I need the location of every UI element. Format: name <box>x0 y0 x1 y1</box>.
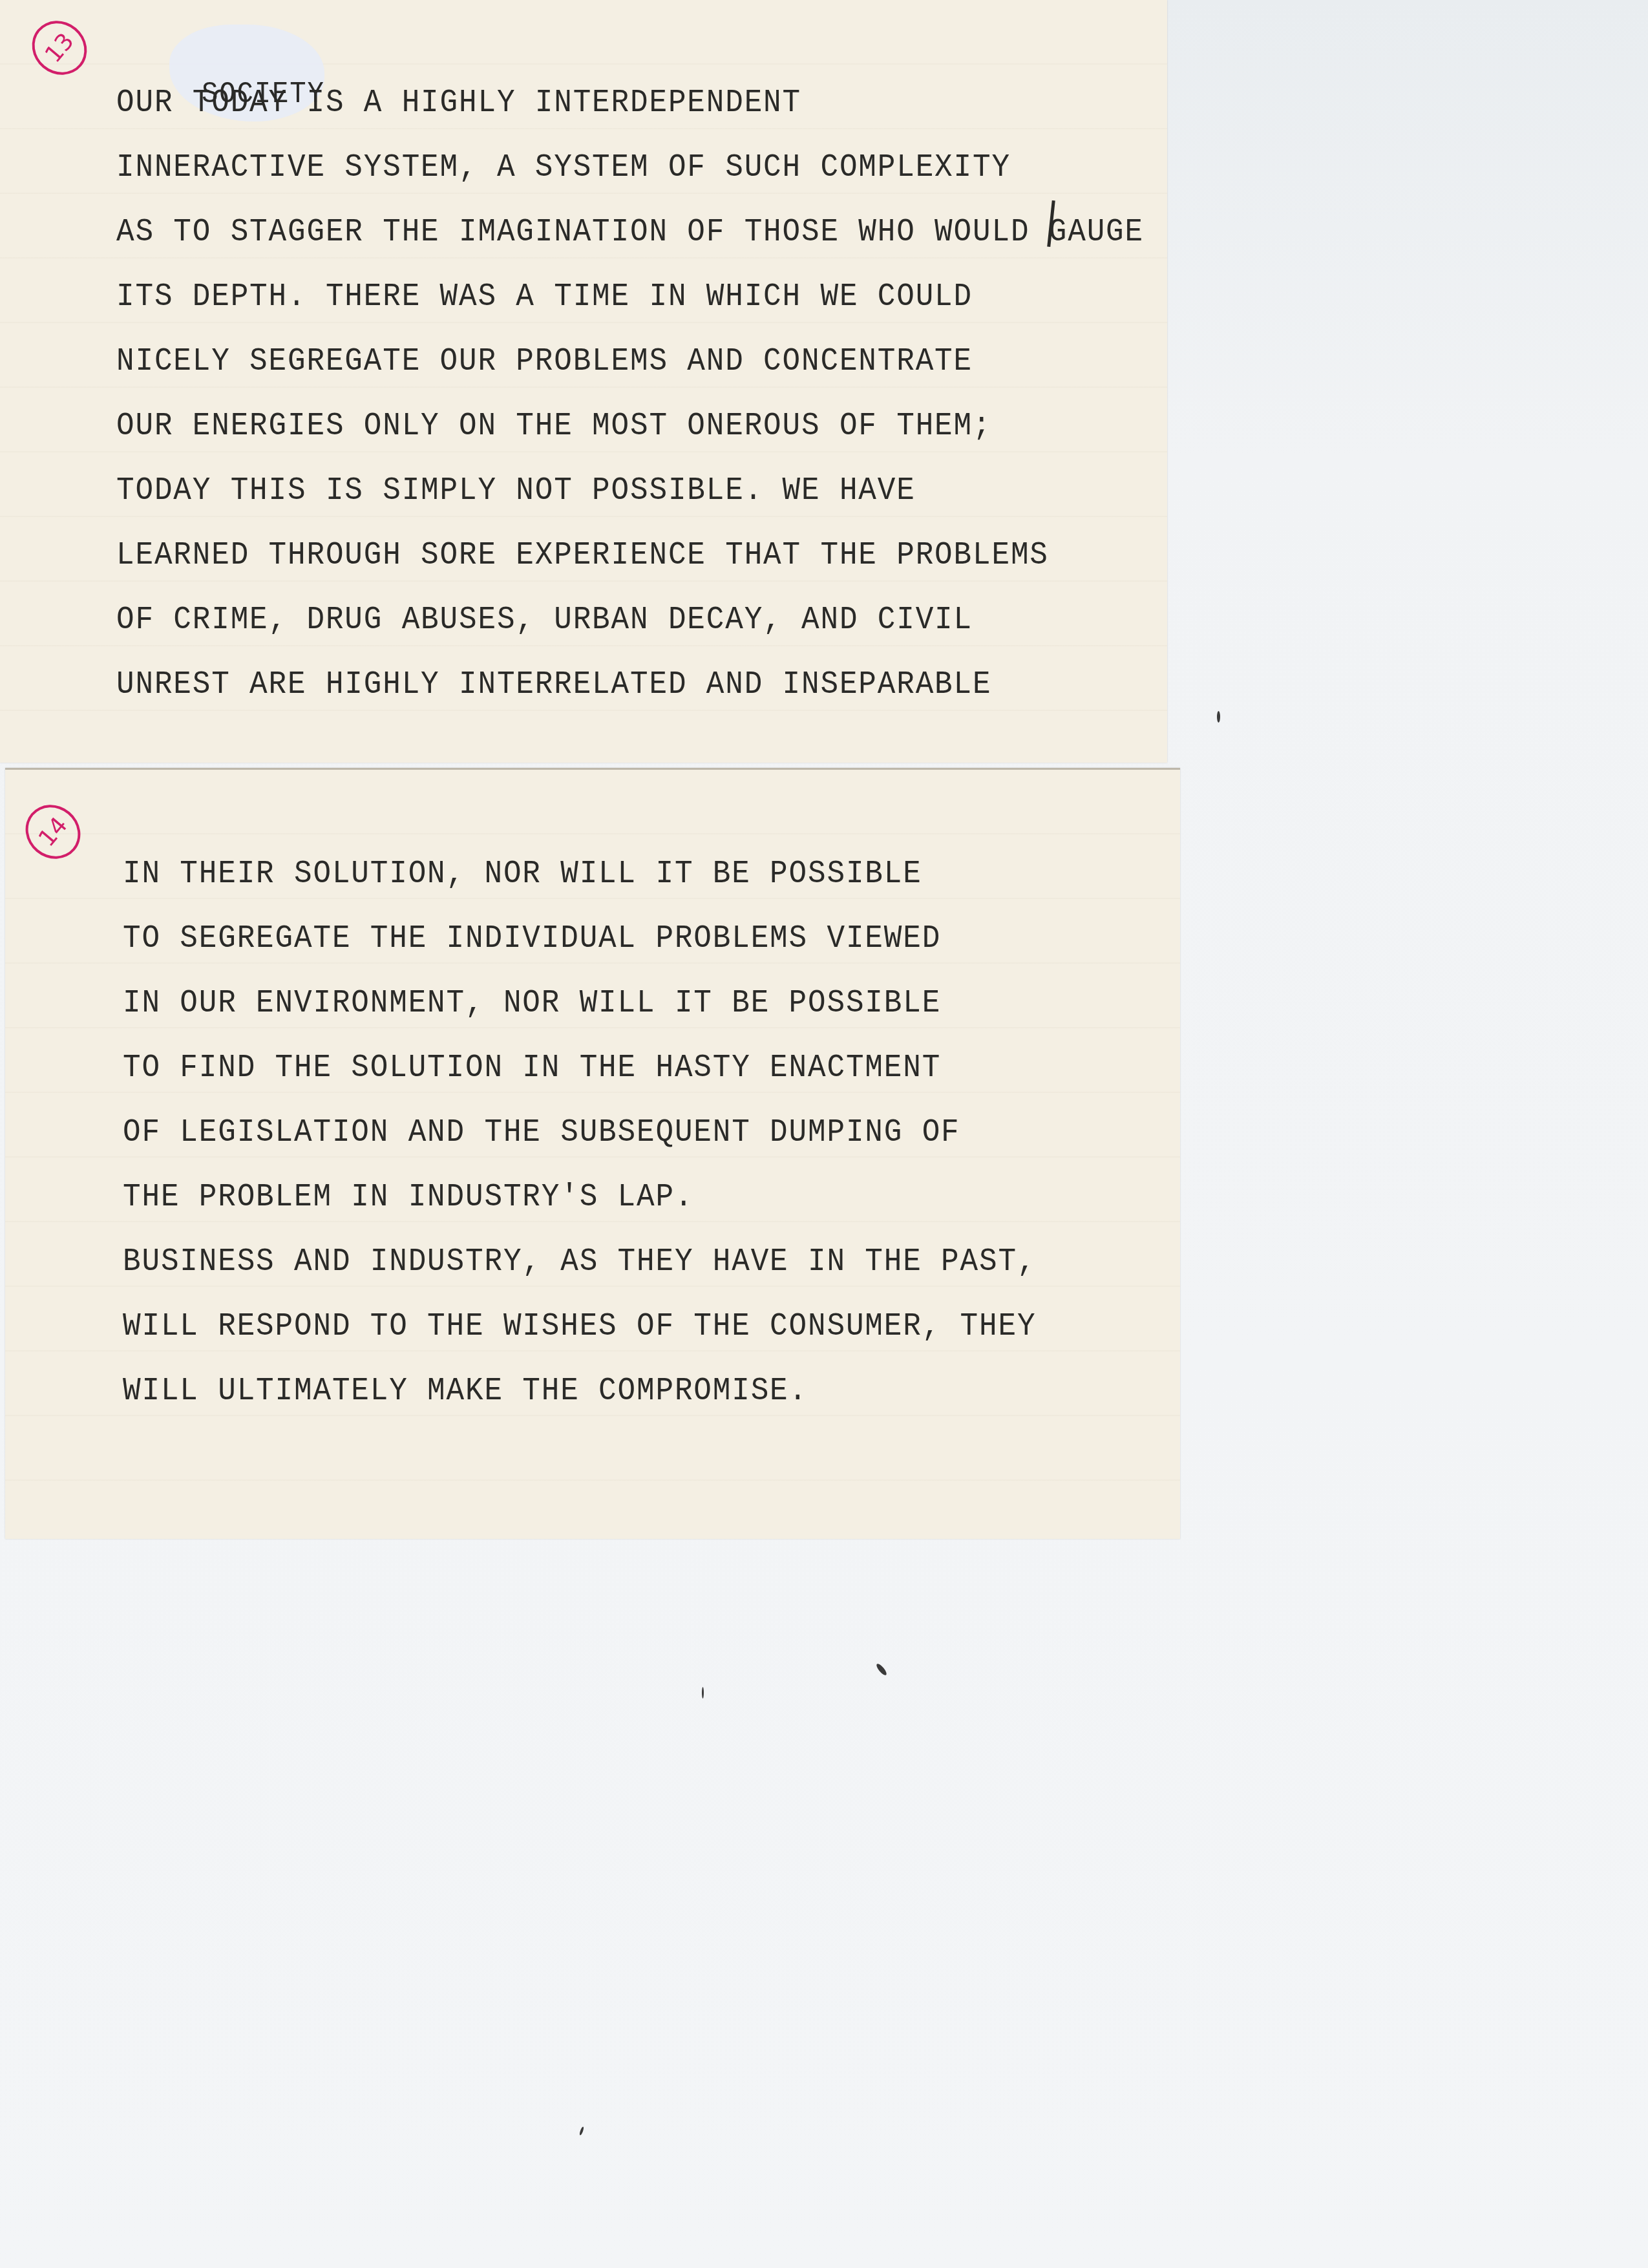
note-card-14: 14 IN THEIR SOLUTION, NOR WILL IT BE POS… <box>5 768 1180 1539</box>
text-line: OUR ENERGIES ONLY ON THE MOST ONEROUS OF… <box>116 394 1144 459</box>
text-line: NICELY SEGREGATE OUR PROBLEMS AND CONCEN… <box>116 330 1144 394</box>
text-line: AS TO STAGGER THE IMAGINATION OF THOSE W… <box>116 200 1144 265</box>
text-line: WILL RESPOND TO THE WISHES OF THE CONSUM… <box>123 1295 1036 1359</box>
text-line: OUR TODAY IS A HIGHLY INTERDEPENDENT <box>116 71 1144 136</box>
text-line: INNERACTIVE SYSTEM, A SYSTEM OF SUCH COM… <box>116 136 1144 200</box>
scanner-speck <box>702 1687 704 1699</box>
scanner-speck <box>1217 711 1220 723</box>
text-line: UNREST ARE HIGHLY INTERRELATED AND INSEP… <box>116 653 1144 717</box>
text-line: TODAY THIS IS SIMPLY NOT POSSIBLE. WE HA… <box>116 459 1144 524</box>
text-line: OF CRIME, DRUG ABUSES, URBAN DECAY, AND … <box>116 588 1144 653</box>
scanner-speck <box>579 2126 585 2136</box>
card-text: OUR TODAY IS A HIGHLY INTERDEPENDENT INN… <box>116 71 1233 717</box>
text-line: ITS DEPTH. THERE WAS A TIME IN WHICH WE … <box>116 265 1144 330</box>
text-line: IN OUR ENVIRONMENT, NOR WILL IT BE POSSI… <box>123 971 1036 1036</box>
text-line: TO FIND THE SOLUTION IN THE HASTY ENACTM… <box>123 1036 1036 1101</box>
scanner-speck <box>875 1662 888 1677</box>
page-number-annotation: 14 <box>15 794 92 870</box>
note-card-13: 13 SOCIETY OUR TODAY IS A HIGHLY INTERDE… <box>0 0 1167 763</box>
page-number-annotation: 13 <box>21 10 98 86</box>
text-line: OF LEGISLATION AND THE SUBSEQUENT DUMPIN… <box>123 1101 1036 1165</box>
text-line: WILL ULTIMATELY MAKE THE COMPROMISE. <box>123 1359 1036 1424</box>
card-text: IN THEIR SOLUTION, NOR WILL IT BE POSSIB… <box>123 842 1115 1424</box>
text-line: BUSINESS AND INDUSTRY, AS THEY HAVE IN T… <box>123 1230 1036 1295</box>
text-line: LEARNED THROUGH SORE EXPERIENCE THAT THE… <box>116 524 1144 588</box>
text-line: THE PROBLEM IN INDUSTRY'S LAP. <box>123 1165 1036 1230</box>
text-line: IN THEIR SOLUTION, NOR WILL IT BE POSSIB… <box>123 842 1036 907</box>
text-line: TO SEGREGATE THE INDIVIDUAL PROBLEMS VIE… <box>123 907 1036 971</box>
